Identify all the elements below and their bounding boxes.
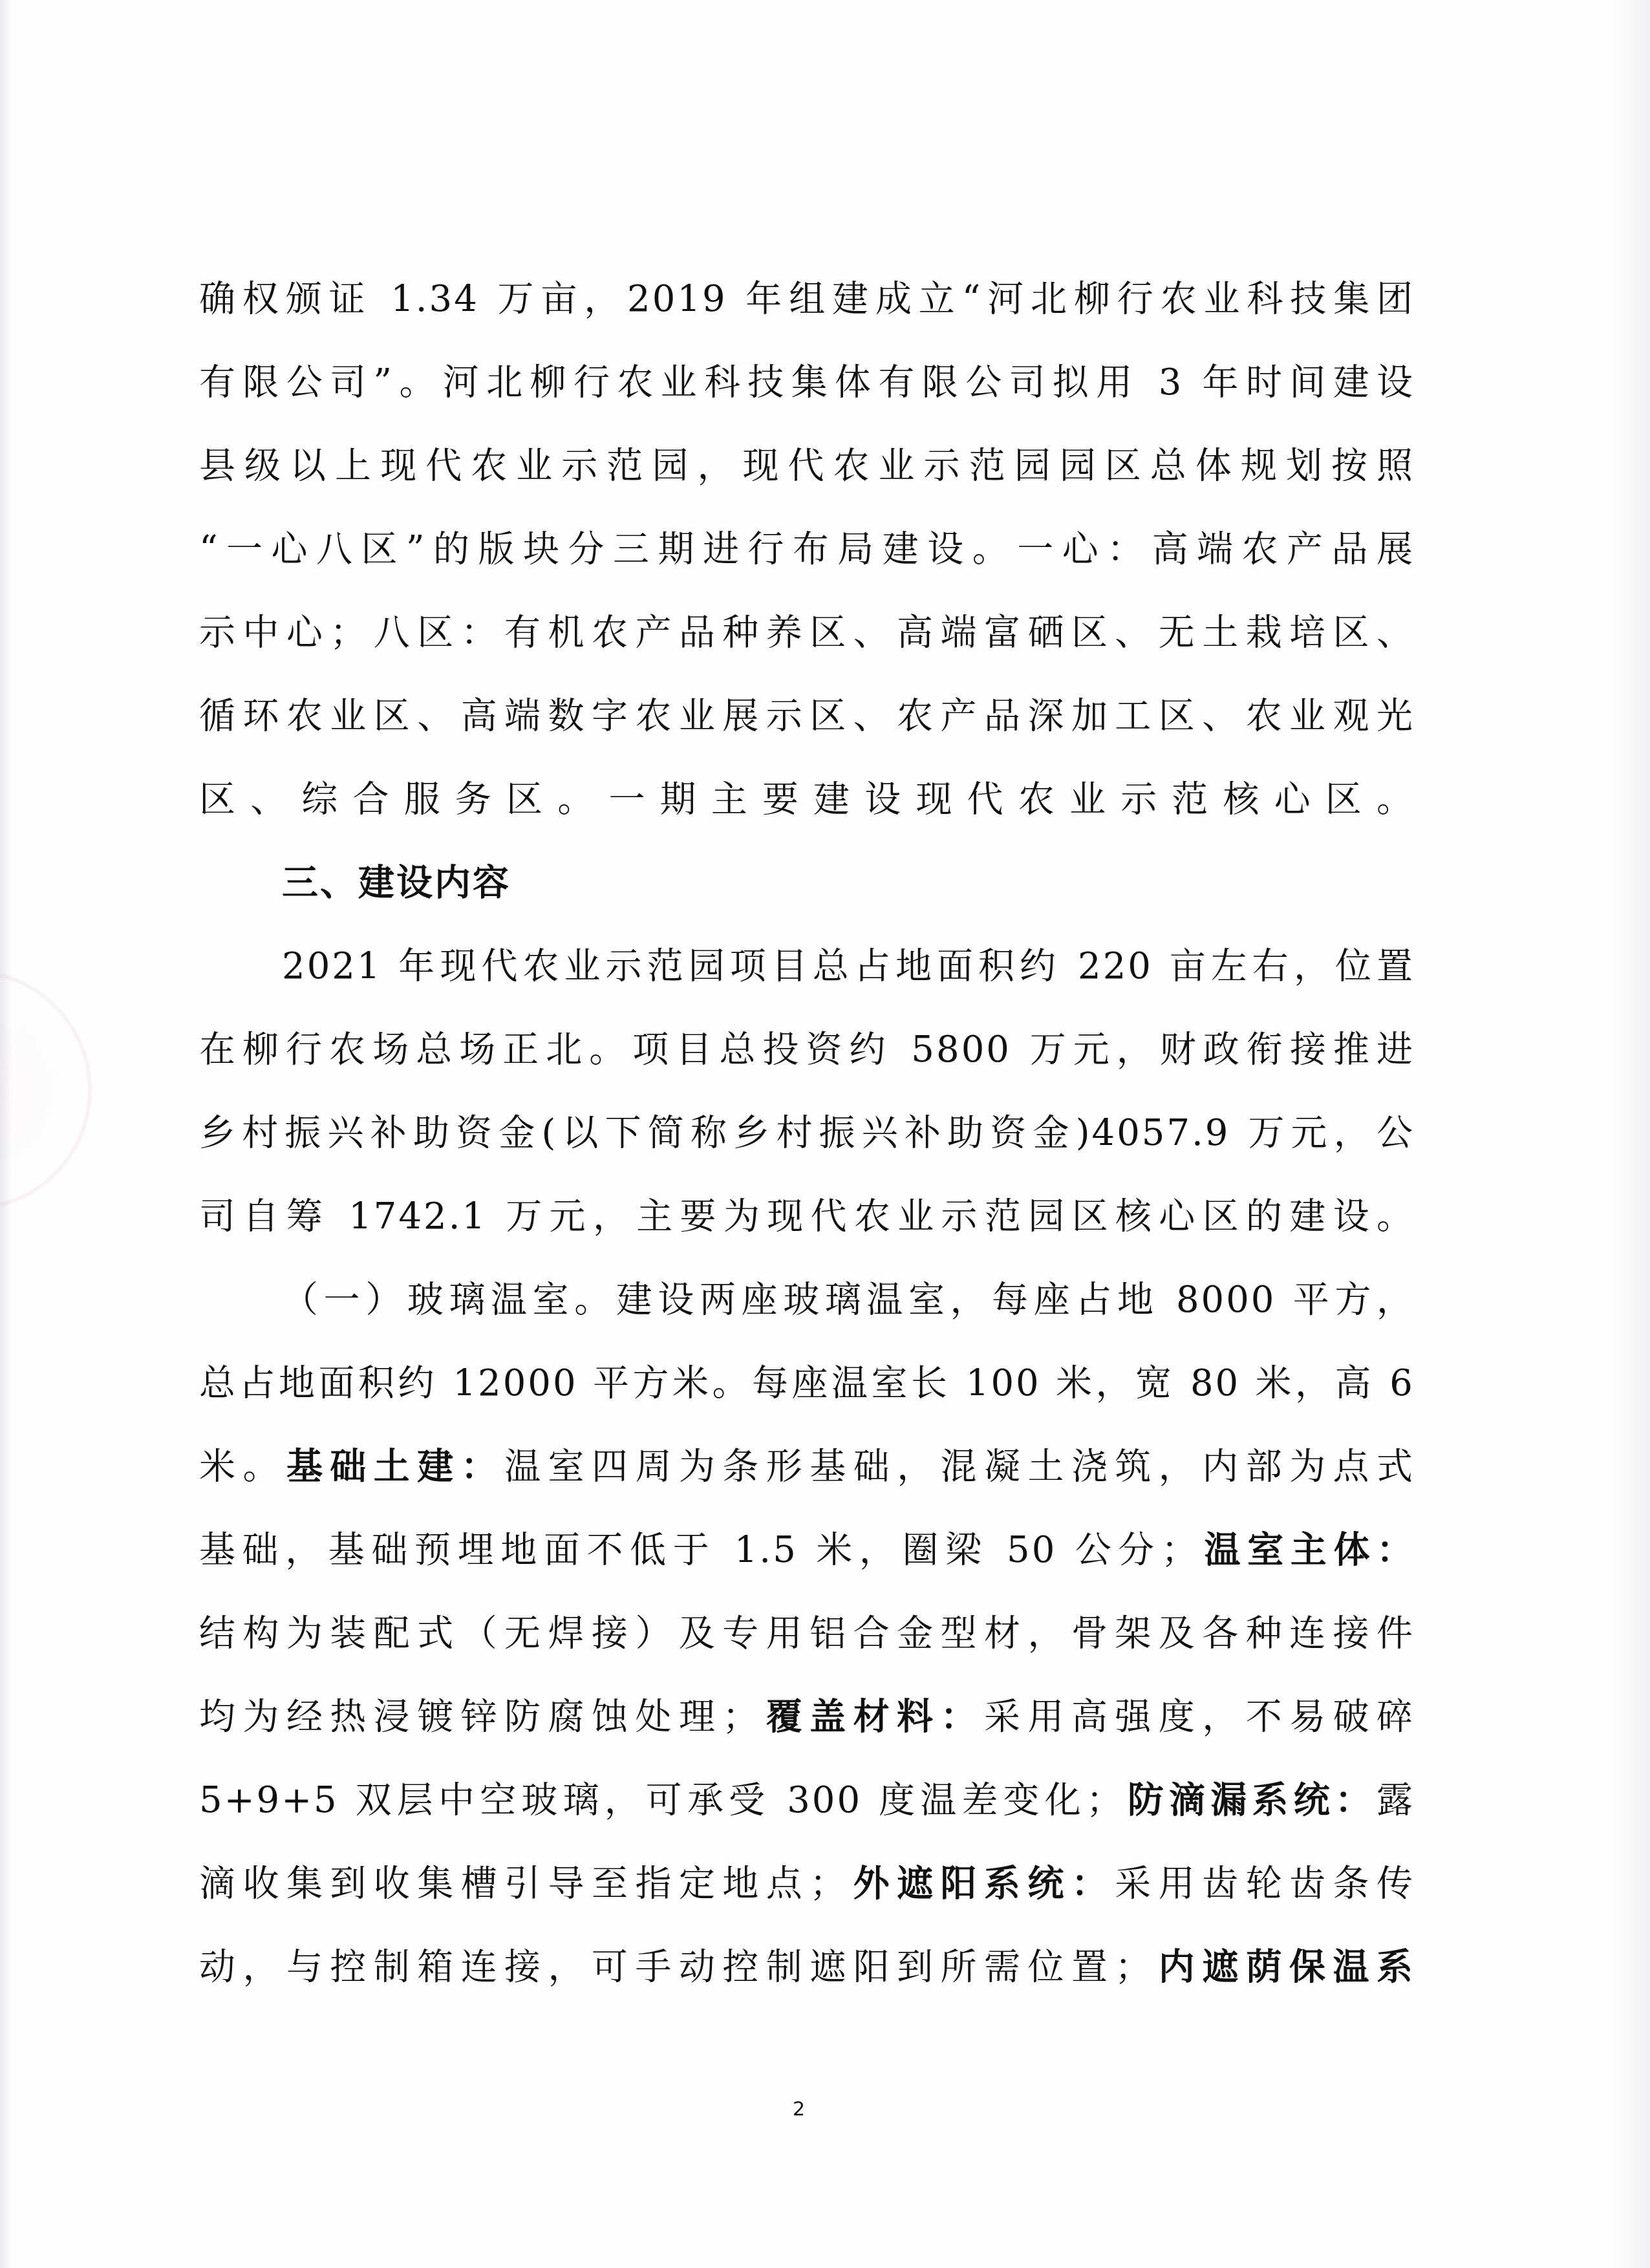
text-run: 基础，基础预埋地面不低于 1.5 米，圈梁 50 公分； (199, 1529, 1199, 1571)
text-run: 米。 (199, 1446, 286, 1488)
text-line: （一）玻璃温室。建设两座玻璃温室，每座占地 8000 平方， (199, 1258, 1415, 1342)
text-line: 总占地面积约 12000 平方米。每座温室长 100 米，宽 80 米，高 6 (199, 1342, 1415, 1425)
text-line: 在柳行农场总场正北。项目总投资约 5800 万元，财政衔接推进 (199, 1008, 1415, 1091)
document-page: 确权颁证 1.34 万亩，2019 年组建成立“河北柳行农业科技集团 有限公司”… (0, 0, 1650, 2268)
text-run: 采用高强度，不易破碎 (984, 1696, 1415, 1738)
text-run: 5+9+5 双层中空玻璃，可承受 300 度温差变化； (199, 1779, 1124, 1821)
text-line: 5+9+5 双层中空玻璃，可承受 300 度温差变化；防滴漏系统：露 (199, 1759, 1415, 1842)
text-line: 动，与控制箱连接，可手动控制遮阳到所需位置；内遮荫保温系 (199, 1925, 1415, 2009)
text-line: “一心八区”的版块分三期进行布局建设。一心：高端农产品展 (199, 508, 1415, 591)
bold-term-internal-shading-insulation: 内遮荫保温系 (1153, 1946, 1415, 1988)
bold-term-foundation: 基础土建： (286, 1446, 504, 1488)
text-run: 滴收集到收集槽引导至指定地点； (199, 1863, 848, 1905)
text-line: 基础，基础预埋地面不低于 1.5 米，圈梁 50 公分；温室主体： (199, 1508, 1415, 1592)
text-run: 温室四周为条形基础，混凝土浇筑，内部为点式 (504, 1446, 1415, 1488)
text-line: 乡村振兴补助资金(以下简称乡村振兴补助资金)4057.9 万元，公 (199, 1091, 1415, 1175)
bold-term-covering-material: 覆盖材料： (760, 1696, 984, 1738)
bold-term-external-shading-system: 外遮阳系统： (848, 1863, 1115, 1905)
text-run: 均为经热浸镀锌防腐蚀处理； (199, 1696, 760, 1738)
text-line: 2021 年现代农业示范园项目总占地面积约 220 亩左右，位置 (199, 925, 1415, 1008)
text-line: 确权颁证 1.34 万亩，2019 年组建成立“河北柳行农业科技集团 (199, 257, 1415, 341)
text-run: 采用齿轮齿条传 (1115, 1863, 1415, 1905)
text-line: 县级以上现代农业示范园，现代农业示范园园区总体规划按照 (199, 424, 1415, 508)
text-line: 司自筹 1742.1 万元，主要为现代农业示范园区核心区的建设。 (199, 1175, 1415, 1258)
bold-term-greenhouse-body: 温室主体： (1199, 1529, 1415, 1571)
faint-seal-stamp (0, 970, 92, 1210)
section-heading-construction-content: 三、建设内容 (199, 841, 1415, 925)
paragraph-land-and-company: 确权颁证 1.34 万亩，2019 年组建成立“河北柳行农业科技集团 有限公司”… (199, 257, 1415, 841)
page-number: 2 (793, 2098, 805, 2121)
text-line: 有限公司”。河北柳行农业科技集体有限公司拟用 3 年时间建设 (199, 341, 1415, 424)
text-line: 区、综合服务区。一期主要建设现代农业示范核心区。 (199, 758, 1415, 841)
paragraph-glass-greenhouse: （一）玻璃温室。建设两座玻璃温室，每座占地 8000 平方， 总占地面积约 12… (199, 1258, 1415, 2009)
document-body: 确权颁证 1.34 万亩，2019 年组建成立“河北柳行农业科技集团 有限公司”… (199, 257, 1415, 2009)
text-line: 示中心；八区：有机农产品种养区、高端富硒区、无土栽培区、 (199, 591, 1415, 674)
text-line: 滴收集到收集槽引导至指定地点；外遮阳系统：采用齿轮齿条传 (199, 1842, 1415, 1925)
text-run: 露 (1377, 1779, 1415, 1821)
text-line: 循环农业区、高端数字农业展示区、农产品深加工区、农业观光 (199, 674, 1415, 758)
scan-edge-shadow-right (1611, 0, 1650, 2268)
bold-term-anti-drip-system: 防滴漏系统： (1124, 1779, 1377, 1821)
text-line: 结构为装配式（无焊接）及专用铝合金型材，骨架及各种连接件 (199, 1592, 1415, 1675)
text-line: 米。基础土建：温室四周为条形基础，混凝土浇筑，内部为点式 (199, 1425, 1415, 1508)
text-line: 均为经热浸镀锌防腐蚀处理；覆盖材料：采用高强度，不易破碎 (199, 1675, 1415, 1759)
paragraph-project-overview: 2021 年现代农业示范园项目总占地面积约 220 亩左右，位置 在柳行农场总场… (199, 925, 1415, 1258)
text-run: 动，与控制箱连接，可手动控制遮阳到所需位置； (199, 1946, 1153, 1988)
